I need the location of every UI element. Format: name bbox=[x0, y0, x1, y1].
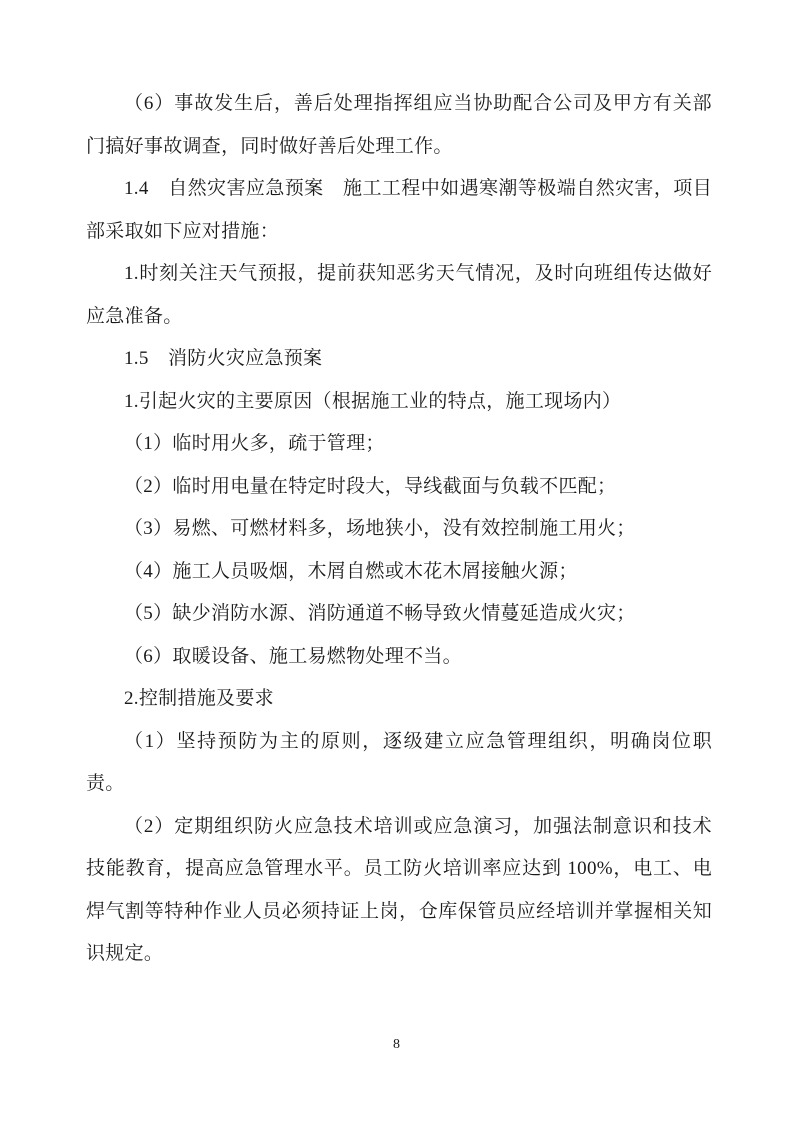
paragraph: （2）临时用电量在特定时段大，导线截面与负载不匹配； bbox=[86, 466, 712, 509]
document-page: （6）事故发生后，善后处理指挥组应当协助配合公司及甲方有关部门搞好事故调查，同时… bbox=[0, 0, 793, 1122]
paragraph: （4）施工人员吸烟，木屑自燃或木花木屑接触火源； bbox=[86, 551, 712, 594]
page-number: 8 bbox=[393, 1037, 400, 1052]
paragraph: 1.引起火灾的主要原因（根据施工业的特点，施工现场内） bbox=[86, 381, 712, 424]
paragraph: （5）缺少消防水源、消防通道不畅导致火情蔓延造成火灾； bbox=[86, 593, 712, 636]
paragraph: 1.时刻关注天气预报，提前获知恶劣天气情况，及时向班组传达做好应急准备。 bbox=[86, 253, 712, 338]
document-body: （6）事故发生后，善后处理指挥组应当协助配合公司及甲方有关部门搞好事故调查，同时… bbox=[86, 83, 712, 976]
page-footer: 8 bbox=[0, 1036, 793, 1054]
paragraph: （6）取暖设备、施工易燃物处理不当。 bbox=[86, 636, 712, 679]
paragraph: （1）坚持预防为主的原则，逐级建立应急管理组织，明确岗位职责。 bbox=[86, 721, 712, 806]
paragraph: （2）定期组织防火应急技术培训或应急演习，加强法制意识和技术技能教育，提高应急管… bbox=[86, 806, 712, 976]
paragraph: （6）事故发生后，善后处理指挥组应当协助配合公司及甲方有关部门搞好事故调查，同时… bbox=[86, 83, 712, 168]
paragraph: 2.控制措施及要求 bbox=[86, 678, 712, 721]
paragraph: （3）易燃、可燃材料多，场地狭小，没有效控制施工用火； bbox=[86, 508, 712, 551]
paragraph: 1.4 自然灾害应急预案 施工工程中如遇寒潮等极端自然灾害，项目部采取如下应对措… bbox=[86, 168, 712, 253]
paragraph: （1）临时用火多，疏于管理； bbox=[86, 423, 712, 466]
paragraph: 1.5 消防火灾应急预案 bbox=[86, 338, 712, 381]
